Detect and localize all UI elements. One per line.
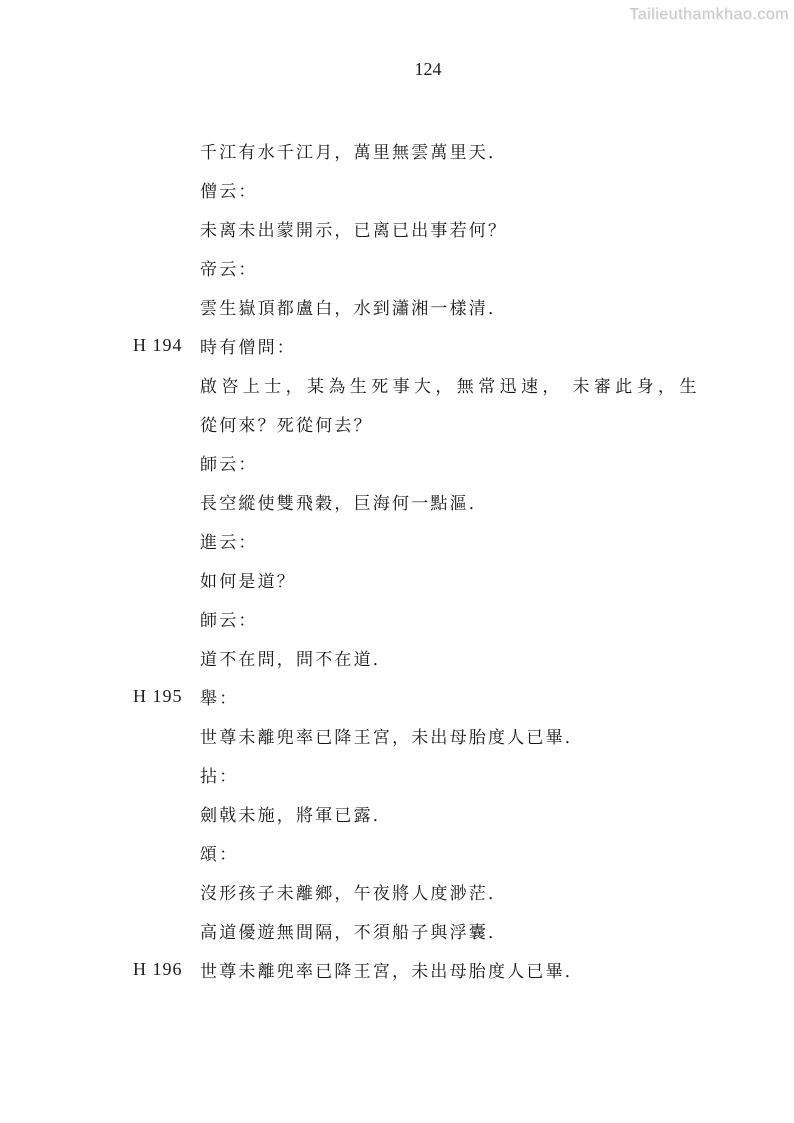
line-text: 時有僧問：: [200, 333, 296, 358]
text-line: 劍戟未施，將軍已露．: [133, 802, 392, 824]
line-text: 世尊未離兜率已降王宮，未出母胎度人已畢．: [200, 723, 584, 748]
text-line: 長空縱使雙飛穀，巨海何一點漚．: [133, 490, 488, 512]
line-text: 師云：: [200, 450, 258, 475]
line-text: 如何是道？: [200, 567, 296, 592]
document-page: Tailieuthamkhao.com 124 千江有水千江月，萬里無雲萬里天．…: [0, 0, 794, 1123]
text-line: 師云：: [133, 607, 258, 629]
page-content: 千江有水千江月，萬里無雲萬里天．僧云：未离未出蒙開示，已离已出事若何？帝云：雲生…: [0, 0, 794, 1123]
line-text: 僧云：: [200, 177, 258, 202]
text-line: 未离未出蒙開示，已离已出事若何？: [133, 217, 507, 239]
text-line: 高道優遊無間隔，不須船子與浮囊．: [133, 919, 507, 941]
line-text: 進云：: [200, 528, 258, 553]
line-text: 啟咨上士，某為生死事大，無常迅速， 未審此身，生: [200, 372, 701, 397]
text-line: H 194時有僧問：: [133, 334, 296, 356]
line-text: 世尊未離兜率已降王宮，未出母胎度人已畢．: [200, 957, 584, 982]
line-text: 師云：: [200, 606, 258, 631]
line-text: 道不在問，問不在道．: [200, 645, 392, 670]
section-marker: H 196: [133, 959, 200, 980]
text-line: 進云：: [133, 529, 258, 551]
line-text: 雲生嶽頂都盧白，水到瀟湘一樣清．: [200, 294, 507, 319]
text-line: 千江有水千江月，萬里無雲萬里天．: [133, 139, 507, 161]
text-line: 如何是道？: [133, 568, 296, 590]
text-line: 啟咨上士，某為生死事大，無常迅速， 未審此身，生: [133, 373, 701, 395]
text-line: H 195舉：: [133, 685, 238, 707]
line-text: 千江有水千江月，萬里無雲萬里天．: [200, 138, 507, 163]
line-text: 劍戟未施，將軍已露．: [200, 801, 392, 826]
text-line: 師云：: [133, 451, 258, 473]
text-line: 僧云：: [133, 178, 258, 200]
text-line: 從何來？死從何去？: [133, 412, 373, 434]
text-line: 沒形孩子未離鄉，午夜將人度渺茫．: [133, 880, 507, 902]
text-line: 世尊未離兜率已降王宮，未出母胎度人已畢．: [133, 724, 584, 746]
section-marker: H 195: [133, 686, 200, 707]
line-text: 帝云：: [200, 255, 258, 280]
text-line: 帝云：: [133, 256, 258, 278]
text-line: 道不在問，問不在道．: [133, 646, 392, 668]
line-text: 未离未出蒙開示，已离已出事若何？: [200, 216, 507, 241]
text-line: 雲生嶽頂都盧白，水到瀟湘一樣清．: [133, 295, 507, 317]
line-text: 高道優遊無間隔，不須船子與浮囊．: [200, 918, 507, 943]
text-line: H 196世尊未離兜率已降王宮，未出母胎度人已畢．: [133, 958, 584, 980]
line-text: 從何來？死從何去？: [200, 411, 373, 436]
line-text: 舉：: [200, 684, 238, 709]
section-marker: H 194: [133, 335, 200, 356]
line-text: 沒形孩子未離鄉，午夜將人度渺茫．: [200, 879, 507, 904]
text-line: 頌：: [133, 841, 238, 863]
line-text: 拈：: [200, 762, 238, 787]
line-text: 頌：: [200, 840, 238, 865]
text-line: 拈：: [133, 763, 238, 785]
line-text: 長空縱使雙飛穀，巨海何一點漚．: [200, 489, 488, 514]
